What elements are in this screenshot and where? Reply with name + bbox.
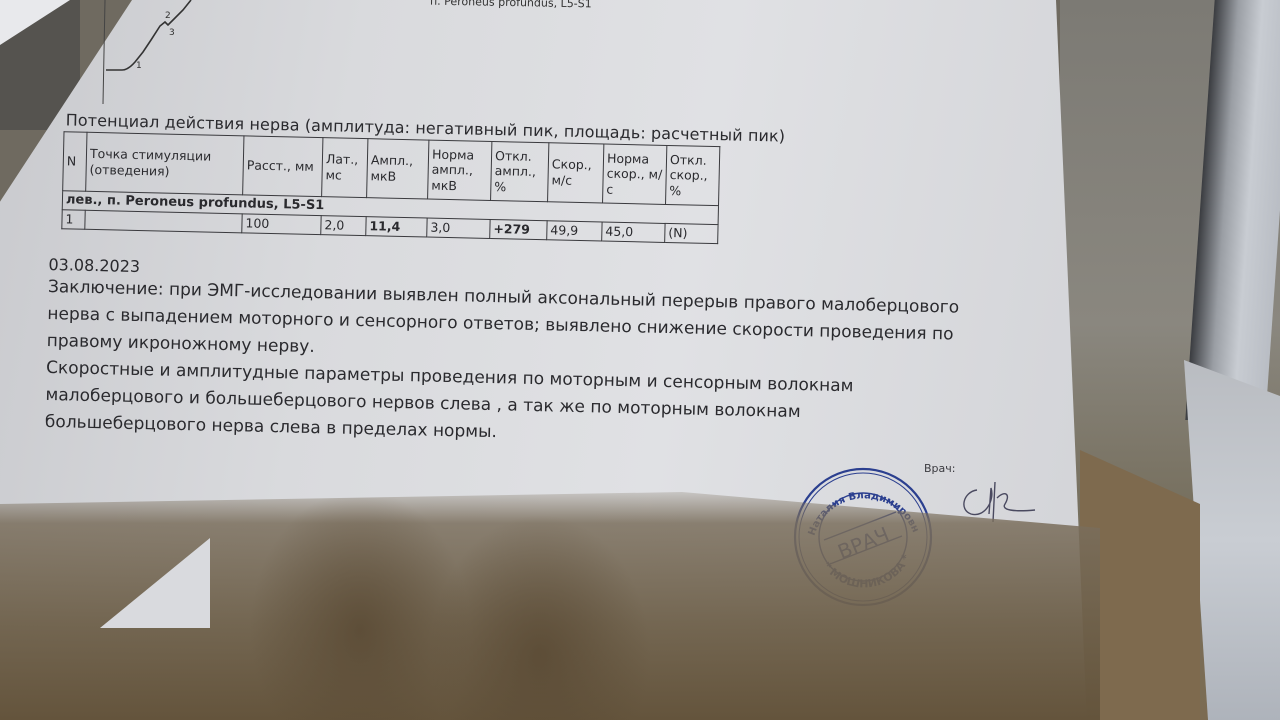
cell-distance: 100: [242, 214, 321, 234]
cell-speed: 49,9: [547, 221, 602, 241]
header-speed-norm: Норма скор., м/с: [603, 144, 667, 204]
nerve-action-potential-table: N Точка стимуляции (отведения) Расст., м…: [61, 131, 720, 244]
cell-speed-dev: (N): [665, 224, 718, 244]
header-amplitude: Ампл., мкВ: [367, 139, 429, 199]
header-stim-point: Точка стимуляции (отведения): [86, 132, 244, 195]
header-speed-dev: Откл. скор., %: [666, 145, 720, 205]
header-speed: Скор., м/с: [548, 143, 604, 203]
header-latency: Лат., мс: [322, 138, 368, 198]
svg-text:3: 3: [169, 28, 175, 38]
waveform-plot: 1 2 3: [95, 0, 225, 110]
cell-amplitude: 11,4: [366, 217, 427, 237]
svg-text:1: 1: [136, 61, 142, 71]
cell-amp-dev: +279: [490, 220, 547, 240]
header-n: N: [63, 132, 87, 192]
svg-text:2: 2: [165, 11, 171, 21]
header-distance: Расст., мм: [243, 136, 323, 197]
cell-latency: 2,0: [321, 216, 366, 236]
cell-n: 1: [62, 210, 85, 229]
conclusion: Заключение: при ЭМГ-исследовании выявлен…: [45, 274, 1038, 458]
header-amp-dev: Откл. ампл., %: [491, 141, 549, 201]
cell-amp-norm: 3,0: [427, 218, 490, 238]
cell-speed-norm: 45,0: [602, 222, 665, 242]
document-body: Потенциал действия нерва (амплитуда: нег…: [45, 110, 1052, 458]
header-amp-norm: Норма ампл., мкВ: [428, 140, 492, 200]
cell-stim-point: [85, 211, 242, 233]
